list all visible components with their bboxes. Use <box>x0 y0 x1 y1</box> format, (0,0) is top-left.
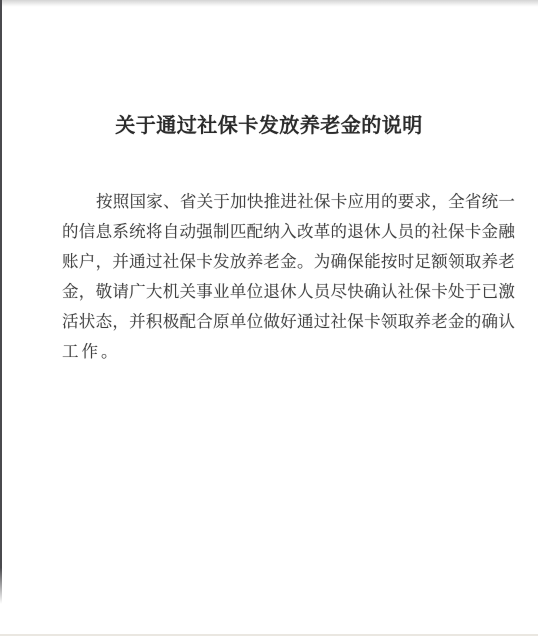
paragraph-line: 工作。 <box>62 335 515 365</box>
document-page: 关于通过社保卡发放养老金的说明 按照国家、省关于加快推进社保卡应用的要求，全省统… <box>0 0 538 638</box>
paragraph-line: 的信息系统将自动强制匹配纳入改革的退休人员的社保卡金融 <box>62 215 515 245</box>
scan-left-edge-line <box>0 0 2 604</box>
paragraph-line: 按照国家、省关于加快推进社保卡应用的要求，全省统一 <box>62 185 515 215</box>
document-paragraph: 按照国家、省关于加快推进社保卡应用的要求，全省统一的信息系统将自动强制匹配纳入改… <box>62 185 515 365</box>
paragraph-line: 活状态，并积极配合原单位做好通过社保卡领取养老金的确认 <box>62 305 515 335</box>
paragraph-line: 金，敬请广大机关事业单位退休人员尽快确认社保卡处于已激 <box>62 275 515 305</box>
scan-bottom-edge-line <box>0 634 538 636</box>
scan-top-edge-strip <box>0 0 538 7</box>
document-title: 关于通过社保卡发放养老金的说明 <box>0 0 538 140</box>
paragraph-line: 账户，并通过社保卡发放养老金。为确保能按时足额领取养老 <box>62 245 515 275</box>
